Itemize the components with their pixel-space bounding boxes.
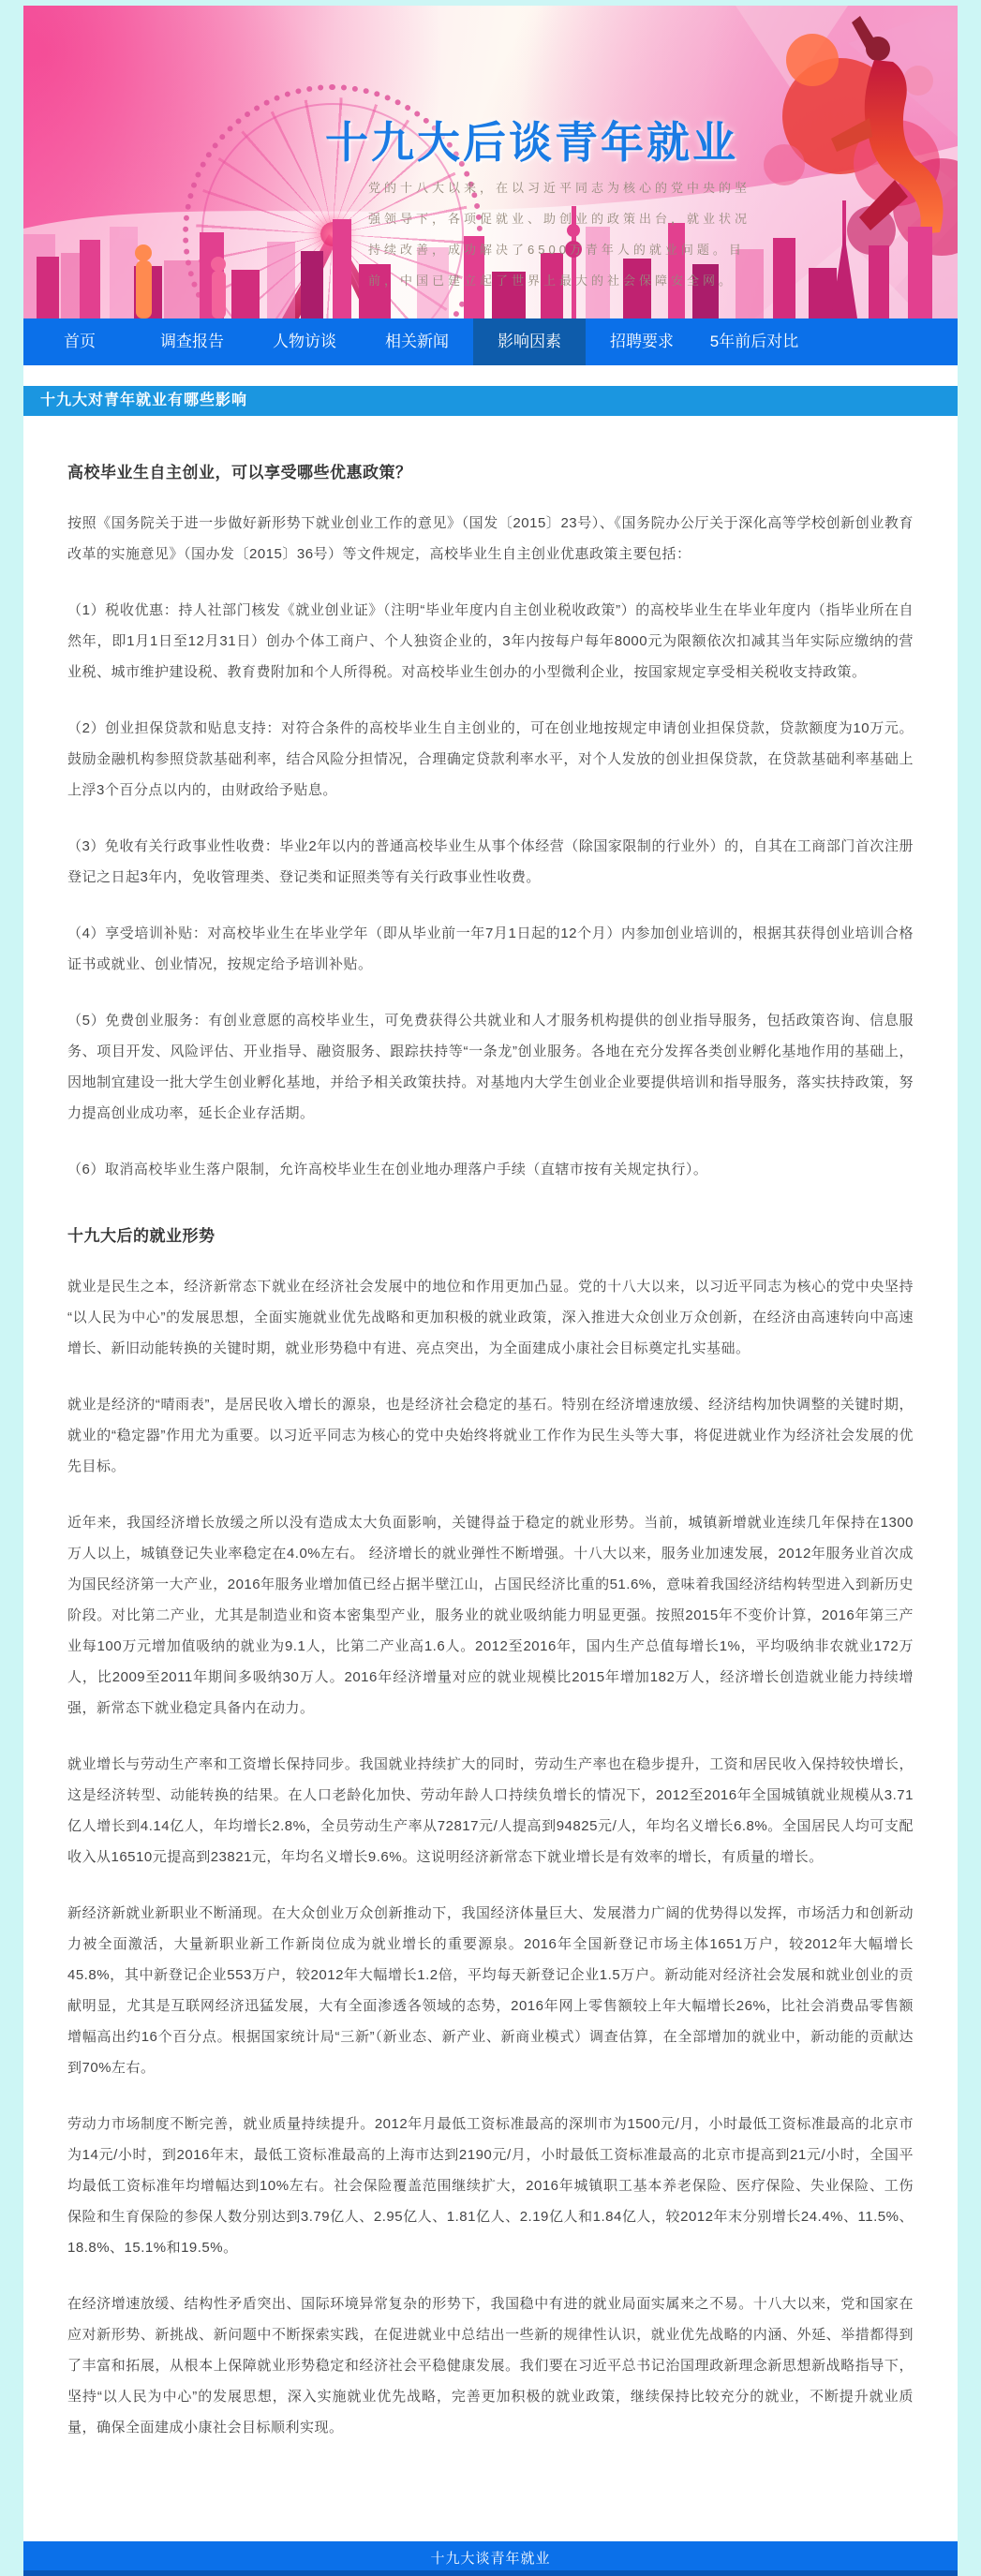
article-paragraph: 近年来，我国经济增长放缓之所以没有造成太大负面影响，关键得益于稳定的就业形势。当…: [67, 1507, 914, 1724]
nav-item-related-news[interactable]: 相关新闻: [361, 318, 473, 365]
article-paragraph: （4）享受培训补贴：对高校毕业生在毕业学年（即从毕业前一年7月1日起的12个月）…: [67, 918, 914, 980]
article: 高校毕业生自主创业，可以享受哪些优惠政策？ 按照《国务院关于进一步做好新形势下就…: [23, 416, 958, 2541]
content-card: 十九大对青年就业有哪些影响 高校毕业生自主创业，可以享受哪些优惠政策？ 按照《国…: [23, 365, 958, 2541]
article-paragraph: （2）创业担保贷款和贴息支持：对符合条件的高校毕业生自主创业的，可在创业地按规定…: [67, 713, 914, 806]
banner-subtitle-line: 党的十八大以来，在以习近平同志为核心的党中央的坚: [368, 172, 743, 203]
article-paragraph: 在经济增速放缓、结构性矛盾突出、国际环境异常复杂的形势下，我国稳中有进的就业局面…: [67, 2288, 914, 2443]
banner: 十九大后谈青年就业 党的十八大以来，在以习近平同志为核心的党中央的坚 强领导下，…: [23, 6, 958, 318]
nav-item-recruitment-requirements[interactable]: 招聘要求: [586, 318, 698, 365]
article-paragraph: 新经济新就业新职业不断涌现。在大众创业万众创新推动下，我国经济体量巨大、发展潜力…: [67, 1898, 914, 2083]
article-paragraph: （3）免收有关行政事业性收费：毕业2年以内的普通高校毕业生从事个体经营（除国家限…: [67, 831, 914, 893]
banner-subtitle-line: 持续改善，成功解决了6500万青年人的就业问题。目: [368, 234, 743, 265]
article-paragraph: （6）取消高校毕业生落户限制，允许高校毕业生在创业地办理落户手续（直辖市按有关规…: [67, 1154, 914, 1185]
spacer: [67, 2468, 914, 2541]
main-nav: 首页 调查报告 人物访谈 相关新闻 影响因素 招聘要求 5年前后对比: [23, 318, 958, 365]
banner-subtitle: 党的十八大以来，在以习近平同志为核心的党中央的坚 强领导下，各项促就业、助创业的…: [368, 172, 743, 296]
page-container: 十九大后谈青年就业 党的十八大以来，在以习近平同志为核心的党中央的坚 强领导下，…: [23, 6, 958, 2576]
article-paragraph: （5）免费创业服务：有创业意愿的高校毕业生，可免费获得公共就业和人才服务机构提供…: [67, 1005, 914, 1129]
article-paragraph: 就业是民生之本，经济新常态下就业在经济社会发展中的地位和作用更加凸显。党的十八大…: [67, 1271, 914, 1364]
article-heading: 高校毕业生自主创业，可以享受哪些优惠政策？: [67, 459, 914, 482]
banner-title: 十九大后谈青年就业: [325, 109, 738, 170]
article-paragraph: 劳动力市场制度不断完善，就业质量持续提升。2012年月最低工资标准最高的深圳市为…: [67, 2109, 914, 2263]
nav-item-5year-comparison[interactable]: 5年前后对比: [698, 318, 810, 365]
article-heading: 十九大后的就业形势: [67, 1222, 914, 1246]
nav-item-influence-factors[interactable]: 影响因素: [473, 318, 586, 365]
article-paragraph: （1）税收优惠：持人社部门核发《就业创业证》（注明“毕业年度内自主创业税收政策”…: [67, 595, 914, 688]
footer-label: 十九大谈青年就业: [430, 2551, 550, 2567]
article-paragraph: 按照《国务院关于进一步做好新形势下就业创业工作的意见》（国发〔2015〕23号）…: [67, 508, 914, 570]
article-paragraph: 就业是经济的“晴雨表”，是居民收入增长的源泉，也是经济社会稳定的基石。特别在经济…: [67, 1389, 914, 1482]
banner-subtitle-line: 强领导下，各项促就业、助创业的政策出台，就业状况: [368, 203, 743, 234]
article-paragraph: 就业增长与劳动生产率和工资增长保持同步。我国就业持续扩大的同时，劳动生产率也在稳…: [67, 1749, 914, 1873]
nav-item-home[interactable]: 首页: [23, 318, 136, 365]
footer-bar: 十九大谈青年就业: [23, 2541, 958, 2576]
section-title: 十九大对青年就业有哪些影响: [23, 386, 958, 416]
nav-item-survey-report[interactable]: 调查报告: [136, 318, 248, 365]
nav-item-interviews[interactable]: 人物访谈: [248, 318, 361, 365]
banner-subtitle-line: 前，中国已建立起了世界上最大的社会保障安全网。: [368, 265, 743, 296]
